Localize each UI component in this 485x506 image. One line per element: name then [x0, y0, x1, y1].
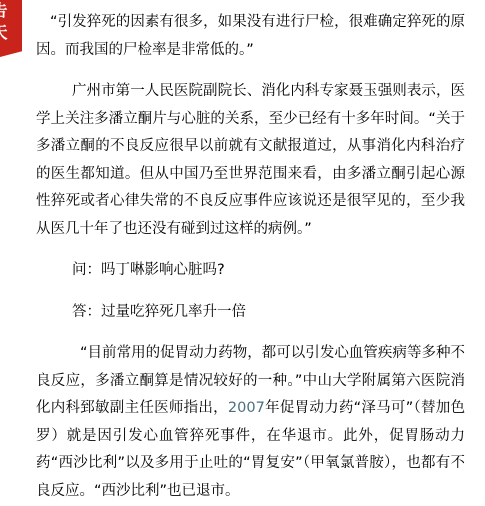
answer-line: 答：过量吃猝死几率升一倍 — [36, 299, 465, 327]
site-logo-text: 告天 — [0, 2, 7, 46]
year-2007-text: 2007 — [228, 400, 265, 416]
paragraph-expert-nie: 广州市第一人民医院副院长、消化内科专家聂玉强则表示，医学上关注多潘立酮片与心脏的… — [36, 78, 465, 243]
site-logo-badge: 告天 — [0, 0, 22, 57]
article-page: 告天 “引发猝死的因素有很多，如果没有进行尸检，很难确定猝死的原因。而我国的尸检… — [0, 0, 485, 506]
question-line: 问：吗丁啉影响心脏吗? — [36, 257, 465, 285]
article-body: “引发猝死的因素有很多，如果没有进行尸检，很难确定猝死的原因。而我国的尸检率是非… — [36, 9, 465, 505]
paragraph-promotility-drugs: “目前常用的促胃动力药物，都可以引发心血管疾病等多种不良反应，多潘立酮算是情况较… — [36, 340, 465, 505]
paragraph-autopsy-quote: “引发猝死的因素有很多，如果没有进行尸检，很难确定猝死的原因。而我国的尸检率是非… — [36, 9, 465, 64]
